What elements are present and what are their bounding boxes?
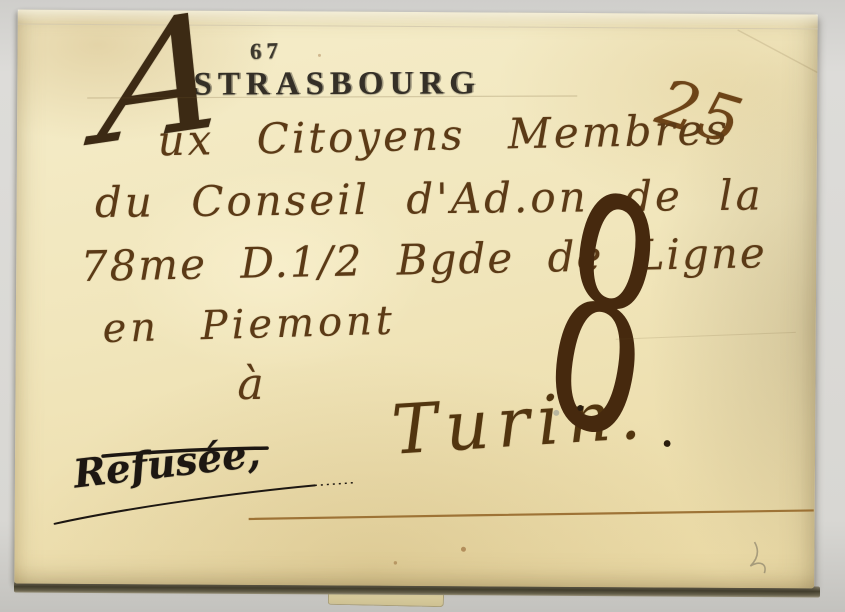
- corner-crease: [737, 30, 817, 72]
- foxing-spot: [461, 547, 466, 552]
- address-initial-flourish: A: [94, 0, 232, 169]
- scanned-letter-image: 67 STRASBOURG 25 A ux Citoyens Membres d…: [0, 0, 845, 612]
- address-line-5-a: à: [237, 359, 264, 410]
- bottom-rule-line: [249, 507, 814, 522]
- letter-paper: 67 STRASBOURG 25 A ux Citoyens Membres d…: [14, 10, 817, 589]
- refusee-notation: Refusée,: [71, 430, 263, 497]
- refusee-flourish-dotted-end: [315, 482, 355, 485]
- postmark-department-number: 67: [250, 38, 284, 65]
- foxing-spot: [394, 561, 397, 564]
- address-line-4: en Piemont: [102, 298, 397, 352]
- pencil-mark: [750, 542, 765, 573]
- postage-due-mark-8: 8: [527, 173, 679, 474]
- postage-due-digit: 8: [542, 115, 666, 522]
- postmark-town-name: STRASBOURG: [193, 65, 481, 103]
- foxing-spot: [318, 54, 321, 57]
